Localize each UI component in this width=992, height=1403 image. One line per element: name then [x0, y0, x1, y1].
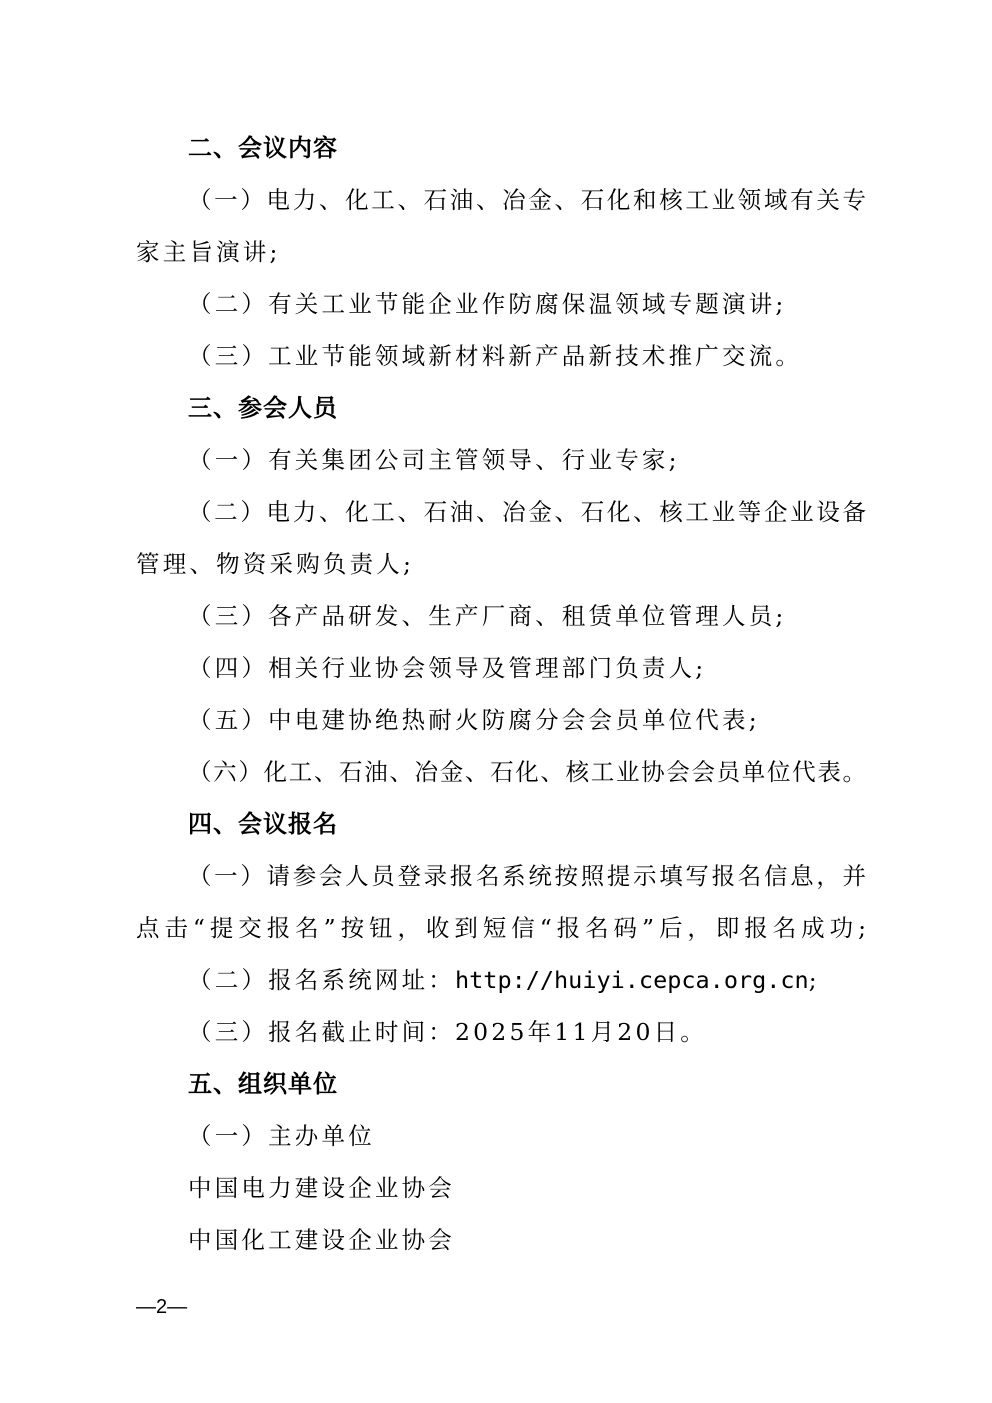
section-heading-organizers: 五、组织单位 [188, 1064, 866, 1104]
attendees-item-5: （五）中电建协绝热耐火防腐分会会员单位代表; [188, 700, 866, 740]
registration-url-label: （二）报名系统网址： [188, 966, 455, 994]
attendees-item-2-line-2: 管理、物资采购负责人; [136, 544, 866, 584]
section-heading-attendees: 三、参会人员 [188, 388, 866, 428]
section-heading-registration: 四、会议报名 [188, 804, 866, 844]
organizer-2: 中国化工建设企业协会 [188, 1220, 866, 1260]
attendees-item-4: （四）相关行业协会领导及管理部门负责人; [188, 648, 866, 688]
attendees-item-3: （三）各产品研发、生产厂商、租赁单位管理人员; [188, 596, 866, 636]
registration-item-1-line-2: 点击“提交报名”按钮，收到短信“报名码”后，即报名成功; [136, 908, 866, 948]
organizer-1: 中国电力建设企业协会 [188, 1168, 866, 1208]
registration-deadline: （三）报名截止时间：2025年11月20日。 [188, 1012, 866, 1052]
organizers-subheading-host: （一）主办单位 [188, 1116, 866, 1156]
meeting-content-item-3: （三）工业节能领域新材料新产品新技术推广交流。 [188, 336, 866, 376]
page-number: —2— [136, 1292, 187, 1322]
registration-item-2: （二）报名系统网址：http://huiyi.cepca.org.cn; [188, 960, 866, 1000]
attendees-item-1: （一）有关集团公司主管领导、行业专家; [188, 440, 866, 480]
attendees-item-2-line-1: （二）电力、化工、石油、冶金、石化、核工业等企业设备 [188, 492, 866, 532]
meeting-content-item-1-line-1: （一）电力、化工、石油、冶金、石化和核工业领域有关专 [188, 180, 866, 220]
meeting-content-item-1-line-2: 家主旨演讲; [136, 232, 866, 272]
registration-url-link[interactable]: http://huiyi.cepca.org.cn [455, 966, 809, 994]
attendees-item-6: （六）化工、石油、冶金、石化、核工业协会会员单位代表。 [188, 752, 866, 792]
registration-url-suffix: ; [809, 966, 820, 994]
registration-item-1-line-1: （一）请参会人员登录报名系统按照提示填写报名信息，并 [188, 856, 866, 896]
section-heading-meeting-content: 二、会议内容 [188, 128, 866, 168]
meeting-content-item-2: （二）有关工业节能企业作防腐保温领域专题演讲; [188, 284, 866, 324]
document-page: 二、会议内容 （一）电力、化工、石油、冶金、石化和核工业领域有关专 家主旨演讲;… [0, 0, 992, 1403]
